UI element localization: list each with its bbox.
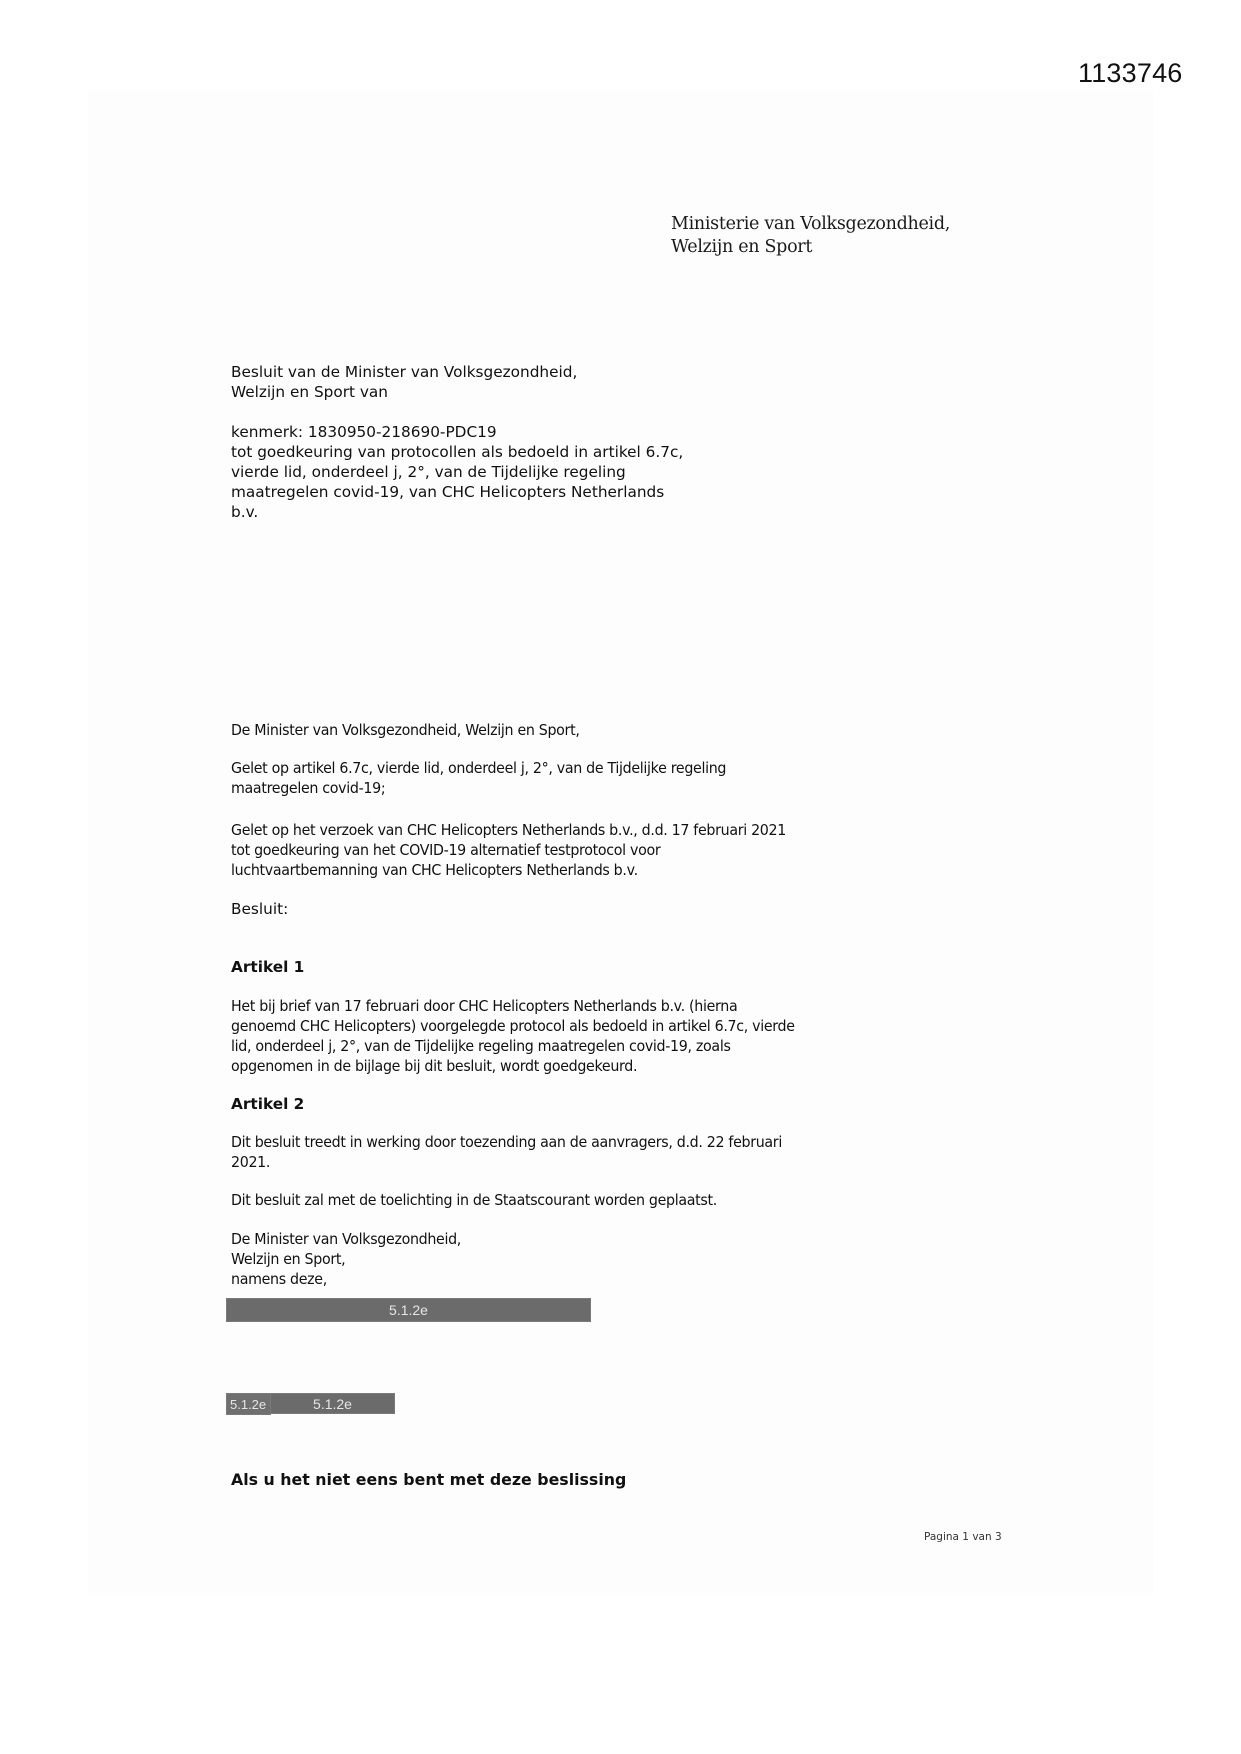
objection-heading: Als u het niet eens bent met deze beslis…	[231, 1470, 626, 1490]
artikel-2-line: 2021.	[231, 1152, 782, 1172]
title-block: Besluit van de Minister van Volksgezondh…	[231, 362, 683, 522]
gelet1-line: Gelet op artikel 6.7c, vierde lid, onder…	[231, 758, 726, 778]
publication-note: Dit besluit zal met de toelichting in de…	[231, 1190, 754, 1210]
opening-line: De Minister van Volksgezondheid, Welzijn…	[231, 720, 580, 740]
signature-block: De Minister van Volksgezondheid, Welzijn…	[231, 1229, 478, 1289]
document-id: 1133746	[1078, 58, 1183, 89]
signature-line: namens deze,	[231, 1269, 461, 1289]
letterhead-line-1: Ministerie van Volksgezondheid,	[671, 213, 950, 236]
title-line-2: Welzijn en Sport van	[231, 382, 683, 402]
artikel-1-line: genoemd CHC Helicopters) voorgelegde pro…	[231, 1016, 795, 1036]
redaction-bar-initials: 5.1.2e	[226, 1393, 271, 1415]
signature-line: Welzijn en Sport,	[231, 1249, 461, 1269]
artikel-2-line: Dit besluit treedt in werking door toeze…	[231, 1132, 782, 1152]
artikel-2-heading: Artikel 2	[231, 1094, 304, 1114]
letterhead-line-2: Welzijn en Sport	[671, 236, 950, 259]
subject-line: tot goedkeuring van protocollen als bedo…	[231, 442, 683, 462]
gelet1-line: maatregelen covid-19;	[231, 778, 726, 798]
artikel-1-line: lid, onderdeel j, 2°, van de Tijdelijke …	[231, 1036, 795, 1056]
artikel-1-line: opgenomen in de bijlage bij dit besluit,…	[231, 1056, 795, 1076]
gelet2-line: luchtvaartbemanning van CHC Helicopters …	[231, 860, 786, 880]
publication-line: Dit besluit zal met de toelichting in de…	[231, 1190, 717, 1210]
gelet2-line: Gelet op het verzoek van CHC Helicopters…	[231, 820, 786, 840]
gelet-artikel: Gelet op artikel 6.7c, vierde lid, onder…	[231, 758, 763, 798]
artikel-1-heading: Artikel 1	[231, 957, 304, 977]
title-line-1: Besluit van de Minister van Volksgezondh…	[231, 362, 683, 382]
subject-line: vierde lid, onderdeel j, 2°, van de Tijd…	[231, 462, 683, 482]
opening: De Minister van Volksgezondheid, Welzijn…	[231, 720, 606, 740]
letterhead: Ministerie van Volksgezondheid, Welzijn …	[671, 213, 950, 259]
artikel-1-line: Het bij brief van 17 februari door CHC H…	[231, 996, 795, 1016]
gelet2-line: tot goedkeuring van het COVID-19 alterna…	[231, 840, 786, 860]
subject-line: b.v.	[231, 502, 683, 522]
artikel-1-text: Het bij brief van 17 februari door CHC H…	[231, 996, 837, 1076]
redaction-bar-signature: 5.1.2e	[226, 1298, 591, 1322]
gelet-verzoek: Gelet op het verzoek van CHC Helicopters…	[231, 820, 828, 880]
signature-line: De Minister van Volksgezondheid,	[231, 1229, 461, 1249]
reference-number: kenmerk: 1830950-218690-PDC19	[231, 422, 683, 442]
artikel-2-text: Dit besluit treedt in werking door toeze…	[231, 1132, 823, 1172]
subject-line: maatregelen covid-19, van CHC Helicopter…	[231, 482, 683, 502]
page-number: Pagina 1 van 3	[924, 1531, 1002, 1543]
redaction-bar-name: 5.1.2e	[270, 1393, 395, 1414]
besluit-label: Besluit:	[231, 899, 288, 919]
